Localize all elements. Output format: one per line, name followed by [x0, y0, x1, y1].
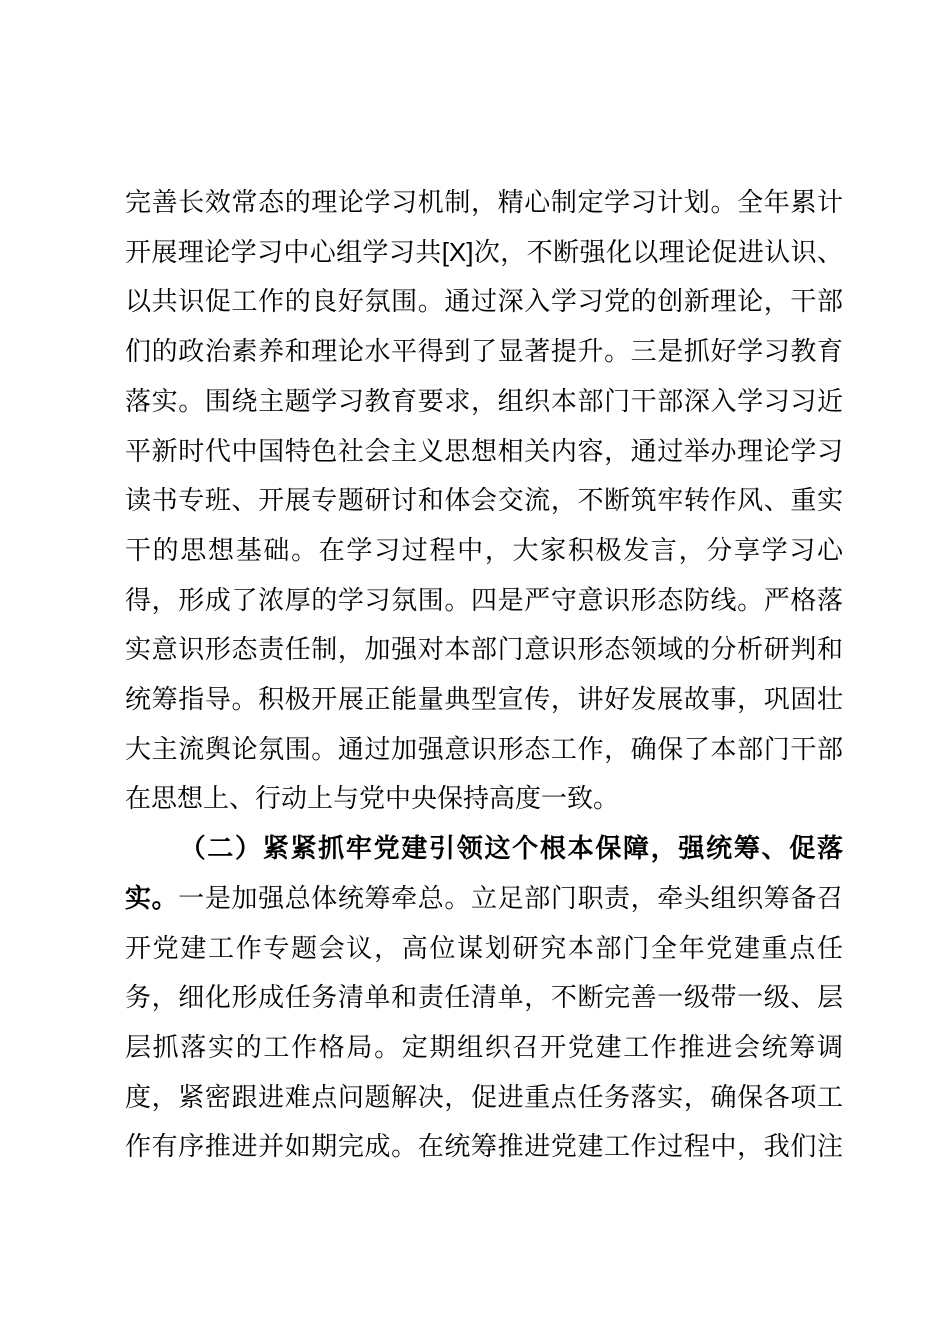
document-page: 完善长效常态的理论学习机制，精心制定学习计划。全年累计开展理论学习中心组学习共[…: [0, 0, 950, 1344]
body-paragraph-1: 完善长效常态的理论学习机制，精心制定学习计划。全年累计开展理论学习中心组学习共[…: [125, 178, 843, 824]
text-run: 一是加强总体统筹牵总。立足部门职责，牵头组织筹备召开党建工作专题会议，高位谋划研…: [125, 883, 843, 1162]
text-run: 完善长效常态的理论学习机制，精心制定学习计划。全年累计开展理论学习中心组学习共[…: [125, 187, 843, 813]
document-text-block: 完善长效常态的理论学习机制，精心制定学习计划。全年累计开展理论学习中心组学习共[…: [125, 178, 843, 1172]
body-paragraph-2: （二）紧紧抓牢党建引领这个根本保障，强统筹、促落实。一是加强总体统筹牵总。立足部…: [125, 824, 843, 1172]
